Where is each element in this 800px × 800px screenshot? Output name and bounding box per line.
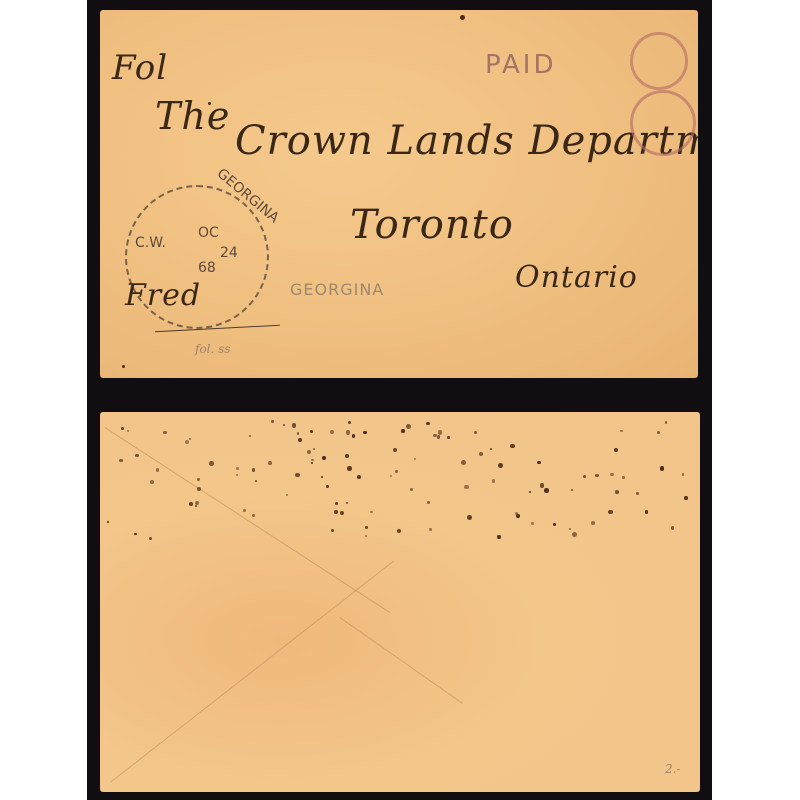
foxing-spot [467,515,472,520]
rate-circle-upper [630,32,688,90]
foxing-spot [406,424,411,429]
postmark-year: 68 [198,260,216,276]
foxing-spot [135,454,138,457]
foxing-spot [335,502,338,505]
foxing-spot [682,473,685,476]
foxing-spot [461,460,466,465]
foxing-spot [497,535,500,538]
foxing-spot [252,514,255,517]
foxing-spot [298,438,302,442]
foxing-spot [340,511,344,515]
foxing-spot [498,463,503,468]
foxing-spot [189,502,193,506]
postmark-province: C.W. [135,235,166,251]
foxing-spot [657,431,661,435]
foxing-spot [414,458,417,461]
address-line-2: Crown Lands Department [235,118,698,164]
foxing-spot [410,488,413,491]
foxing-spot [684,496,688,500]
foxing-spot [326,485,329,488]
foxing-spot [464,485,468,489]
foxing-spot [474,431,477,434]
foxing-spot [163,431,167,435]
foxing-spot [268,461,272,465]
foxing-spot [197,478,200,481]
foxing-spot [437,435,441,439]
foxing-spot [249,435,251,437]
foxing-spot [395,470,397,472]
foxing-spot [544,488,549,493]
foxing-spot [283,424,286,427]
foxing-spot [271,420,274,423]
foxing-spot [393,448,397,452]
foxing-spot [595,474,598,477]
address-line-1: The [155,94,230,138]
foxing-spot [583,475,586,478]
foxing-spot [346,430,350,434]
foxing-spot [208,102,211,105]
foxing-spot [479,452,483,456]
foxing-spot [255,480,257,482]
foxing-spot [531,522,533,524]
foxing-spot [286,494,288,496]
foxing-spot [645,510,648,513]
foxing-spot [345,454,349,458]
foxing-spot [330,430,334,434]
foxing-spot [352,434,356,438]
foxing-spot [622,476,625,479]
foxing-spot [397,529,401,533]
foxing-spot [313,448,315,450]
foxing-spot [571,489,574,492]
flap-crease-center [339,617,462,704]
foxing-spot [610,473,613,476]
foxing-spot [370,511,372,513]
foxing-spot [426,422,429,425]
foxing-spot [236,467,239,470]
foxing-spot [665,421,668,424]
signature: Fred [125,278,201,313]
foxing-spot [189,438,191,440]
foxing-spot [209,461,213,465]
foxing-spot [321,476,323,478]
foxing-spot [297,432,299,434]
foxing-spot [122,365,125,368]
foxing-spot [243,509,246,512]
straightline-town-handstamp: GEORGINA [290,280,384,299]
foxing-spot [322,456,326,460]
foxing-spot [311,462,313,464]
foxing-spot [121,427,124,430]
paid-handstamp: PAID [485,50,557,80]
foxing-spot [671,526,674,529]
pencil-note-back: 2.- [665,762,681,776]
foxing-spot [608,510,613,515]
foxing-spot [295,473,300,478]
foxing-spot [307,450,312,455]
address-line-3: Toronto [350,202,514,248]
foxing-spot [537,461,540,464]
foxing-spot [636,492,639,495]
foxing-spot [185,440,189,444]
foxing-spot [310,430,313,433]
foxing-spot [427,501,430,504]
foxing-spot [540,483,544,487]
foxing-spot [365,526,369,530]
foxing-spot [569,528,571,530]
foxing-spot [107,521,110,524]
foxing-spot [401,429,404,432]
foxing-spot [252,468,255,471]
foxing-spot [365,535,367,537]
rate-circle-lower [630,90,696,156]
foxing-spot [460,15,465,20]
foxing-spot [348,421,351,424]
foxing-spot [390,475,392,477]
foxing-spot [357,475,361,479]
foxing-spot [447,436,450,439]
foxing-spot [347,466,352,471]
foxing-spot [572,532,577,537]
foxing-spot [331,529,334,532]
foxing-spot [127,430,130,433]
foxing-spot [529,491,531,493]
foxing-spot [620,430,622,432]
foxing-spot [150,480,154,484]
postmark-day: 24 [220,245,238,261]
foxing-spot [660,466,665,471]
foxing-spot [119,459,123,463]
foxing-spot [292,423,296,427]
postmark-month: OC [198,225,219,241]
address-line-4: Ontario [515,260,638,295]
docket-note: Fol [112,48,168,88]
foxing-spot [311,459,314,462]
foxing-spot [195,505,197,507]
foxing-spot [334,510,338,514]
foxing-spot [591,521,595,525]
flap-crease-lower [110,560,394,782]
foxing-spot [433,434,436,437]
envelope-back: 2.- [100,412,700,792]
foxing-spot [510,444,514,448]
foxing-spot [614,448,618,452]
foxing-spot [156,468,160,472]
foxing-spot [492,479,496,483]
foxing-spot [236,474,238,476]
foxing-spot [429,528,432,531]
envelope-front: Fol The Crown Lands Department Toronto O… [100,10,698,378]
foxing-spot [195,501,199,505]
foxing-spot [615,490,618,493]
foxing-spot [553,523,556,526]
foxing-spot [149,537,152,540]
pencil-note-front: fol. ss [195,342,230,356]
foxing-spot [490,448,493,451]
foxing-spot [363,431,367,435]
foxing-spot [134,533,137,536]
foxing-spot [346,502,348,504]
